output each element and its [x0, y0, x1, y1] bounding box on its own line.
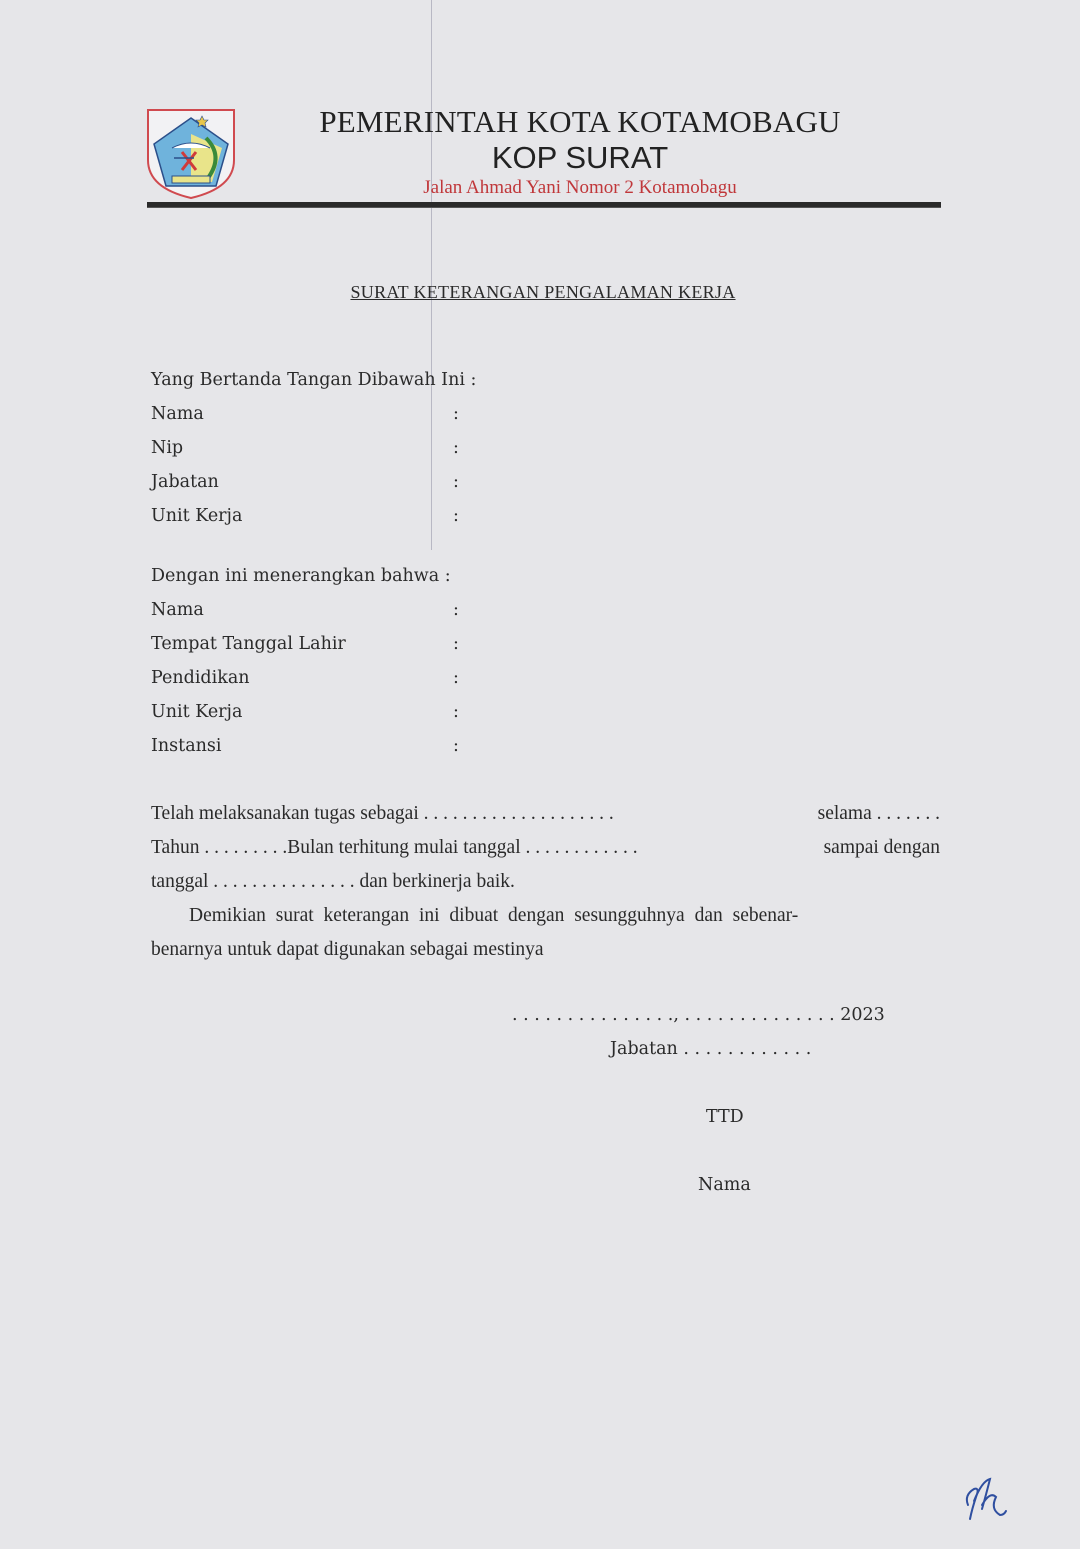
field-separator: :	[453, 600, 459, 620]
body-text: tanggal . . . . . . . . . . . . . . . da…	[151, 865, 515, 899]
closing-text: Demikian surat keterangan ini dibuat den…	[189, 899, 798, 933]
signature-position: Jabatan . . . . . . . . . . . .	[610, 1039, 811, 1059]
scan-fold-line	[431, 0, 432, 550]
field-separator: :	[453, 634, 459, 654]
field-separator: :	[453, 736, 459, 756]
field-label: Unit Kerja	[151, 506, 242, 526]
closing-text: benarnya untuk dapat digunakan sebagai m…	[151, 933, 544, 967]
closing-line: Demikian surat keterangan ini dibuat den…	[151, 899, 940, 933]
signer-intro: Yang Bertanda Tangan Dibawah Ini :	[151, 370, 476, 390]
body-line: tanggal . . . . . . . . . . . . . . . da…	[151, 865, 940, 899]
signature-ttd: TTD	[706, 1107, 744, 1127]
body-text: Tahun . . . . . . . . .Bulan terhitung m…	[151, 831, 638, 865]
body-line: Tahun . . . . . . . . .Bulan terhitung m…	[151, 831, 940, 865]
field-separator: :	[453, 506, 459, 526]
field-label: Unit Kerja	[151, 702, 242, 722]
field-label: Jabatan	[151, 472, 219, 492]
field-label: Nama	[151, 404, 204, 424]
city-emblem-icon	[146, 108, 236, 200]
handwritten-initial-icon	[960, 1475, 1010, 1525]
subject-intro: Dengan ini menerangkan bahwa :	[151, 566, 451, 586]
field-separator: :	[453, 668, 459, 688]
signature-place-date: . . . . . . . . . . . . . . ., . . . . .…	[512, 1005, 885, 1025]
field-label: Nama	[151, 600, 204, 620]
body-line: Telah melaksanakan tugas sebagai . . . .…	[151, 797, 940, 831]
signature-name: Nama	[698, 1175, 751, 1195]
body-text: Telah melaksanakan tugas sebagai . . . .…	[151, 797, 614, 831]
field-separator: :	[453, 404, 459, 424]
field-label: Pendidikan	[151, 668, 250, 688]
field-label: Tempat Tanggal Lahir	[151, 634, 346, 654]
field-label: Nip	[151, 438, 183, 458]
field-separator: :	[453, 438, 459, 458]
field-separator: :	[453, 472, 459, 492]
body-text: selama . . . . . . .	[818, 797, 940, 831]
document-title: SURAT KETERANGAN PENGALAMAN KERJA	[140, 282, 946, 303]
closing-line: benarnya untuk dapat digunakan sebagai m…	[151, 933, 940, 967]
field-separator: :	[453, 702, 459, 722]
body-paragraph: Telah melaksanakan tugas sebagai . . . .…	[151, 797, 940, 967]
field-label: Instansi	[151, 736, 221, 756]
government-name: PEMERINTAH KOTA KOTAMOBAGU	[240, 104, 920, 140]
letterhead-divider	[147, 202, 941, 208]
letterhead-subtitle: KOP SURAT	[240, 140, 920, 176]
body-text: sampai dengan	[824, 831, 940, 865]
letterhead-address: Jalan Ahmad Yani Nomor 2 Kotamobagu	[240, 177, 920, 199]
